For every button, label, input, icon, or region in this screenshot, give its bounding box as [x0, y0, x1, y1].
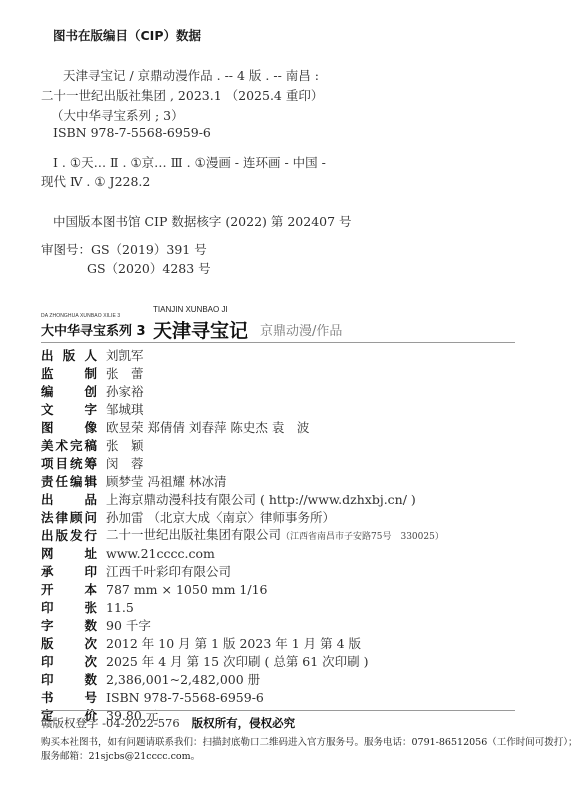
row-value: 闵 蓉 [106, 455, 144, 473]
row-value: 邹城琪 [106, 401, 144, 419]
service-email: 服务邮箱：21sjcbs@21cccc.com。 [41, 748, 200, 762]
row-value: 江西千叶彩印有限公司 [106, 563, 231, 581]
row-label: 印数 [41, 671, 97, 689]
book-title-pinyin: TIANJIN XUNBAO JI [153, 305, 228, 314]
colophon-row-isbn: 书号 ISBN 978-7-5568-6959-6 [41, 689, 444, 707]
colophon-row-printed-sheets: 印张 11.5 [41, 599, 444, 617]
row-value: 顾梦莹 冯祖耀 林冰清 [106, 473, 226, 491]
row-value: 2,386,001~2,482,000 册 [106, 671, 260, 689]
colophon-table: 出版人 刘凯军 监制 张 蕾 编创 孙家裕 文字 邹城琪 图像 欧昱荣 郑倩倩 … [41, 347, 444, 725]
row-value: 二十一世纪出版社集团有限公司（江西省南昌市子安路75号 330025） [106, 526, 444, 546]
copyright-line: 赣版权登字 -04-2022-576版权所有，侵权必究 [41, 715, 295, 731]
colophon-row-editors: 责任编辑 顾梦莹 冯祖耀 林冰清 [41, 473, 444, 491]
colophon-row-producer: 出品 上海京鼎动漫科技有限公司 ( http://www.dzhxbj.cn/ … [41, 491, 444, 509]
row-label: 监制 [41, 365, 97, 383]
row-label: 美术完稿 [41, 437, 97, 455]
row-label: 印次 [41, 653, 97, 671]
row-value: 欧昱荣 郑倩倩 刘春萍 陈史杰 袁 波 [106, 419, 309, 437]
row-value: 11.5 [106, 599, 134, 617]
cip-line-2: 二十一世纪出版社集团 , 2023.1 （2025.4 重印） [41, 86, 323, 104]
row-value: 90 千字 [106, 617, 151, 635]
divider-bottom [41, 710, 515, 711]
book-title: 天津寻宝记 [153, 316, 248, 343]
colophon-row-project-coordinator: 项目统筹 闵 蓉 [41, 455, 444, 473]
divider-top [41, 342, 515, 343]
colophon-row-print-run: 印数 2,386,001~2,482,000 册 [41, 671, 444, 689]
series-name: 大中华寻宝系列 3 [41, 320, 146, 339]
row-label: 开本 [41, 581, 97, 599]
series-name-pinyin: DA ZHONGHUA XUNBAO XILIE 3 [41, 313, 120, 319]
row-value: 张 颖 [106, 437, 144, 455]
colophon-row-format: 开本 787 mm × 1050 mm 1/16 [41, 581, 444, 599]
colophon-row-supervisor: 监制 张 蕾 [41, 365, 444, 383]
colophon-row-art-finish: 美术完稿 张 颖 [41, 437, 444, 455]
cip-line-map-review-2: GS（2020）4283 号 [87, 259, 211, 277]
row-label: 承印 [41, 563, 97, 581]
row-value: 孙家裕 [106, 383, 144, 401]
cip-line-classification: Ⅰ . ①天… Ⅱ . ①京… Ⅲ . ①漫画 - 连环画 - 中国 - [53, 153, 326, 171]
colophon-row-legal-counsel: 法律顾问 孙加雷 （北京大成〈南京〉律师事务所） [41, 509, 444, 527]
colophon-row-distributor: 出版发行 二十一世纪出版社集团有限公司（江西省南昌市子安路75号 330025） [41, 527, 444, 545]
colophon-row-printer: 承印 江西千叶彩印有限公司 [41, 563, 444, 581]
row-label: 印张 [41, 599, 97, 617]
author-credit: 京鼎动漫/作品 [260, 320, 342, 339]
row-label: 法律顾问 [41, 509, 97, 527]
cip-line-isbn: ISBN 978-7-5568-6959-6 [53, 125, 211, 140]
row-label: 图像 [41, 419, 97, 437]
distributor-address: （江西省南昌市子安路75号 330025） [281, 532, 444, 542]
row-label: 出品 [41, 491, 97, 509]
cip-line-1: 天津寻宝记 / 京鼎动漫作品 . -- 4 版 . -- 南昌 : [63, 66, 319, 84]
row-label: 文字 [41, 401, 97, 419]
colophon-row-word-count: 字数 90 千字 [41, 617, 444, 635]
cip-line-3: （大中华寻宝系列 ; 3） [51, 106, 184, 124]
cip-heading: 图书在版编目（CIP）数据 [53, 26, 201, 44]
row-value: 张 蕾 [106, 365, 144, 383]
row-value: www.21cccc.com [106, 545, 215, 563]
colophon-row-edition: 版次 2012 年 10 月 第 1 版 2023 年 1 月 第 4 版 [41, 635, 444, 653]
colophon-row-creator: 编创 孙家裕 [41, 383, 444, 401]
row-value: 孙加雷 （北京大成〈南京〉律师事务所） [106, 509, 335, 527]
row-label: 出版人 [41, 347, 97, 365]
colophon-row-text: 文字 邹城琪 [41, 401, 444, 419]
row-value: 2012 年 10 月 第 1 版 2023 年 1 月 第 4 版 [106, 635, 361, 653]
colophon-row-publisher: 出版人 刘凯军 [41, 347, 444, 365]
row-label: 编创 [41, 383, 97, 401]
row-value: 刘凯军 [106, 347, 144, 365]
row-value: 787 mm × 1050 mm 1/16 [106, 581, 268, 599]
row-label: 网址 [41, 545, 97, 563]
row-label: 版次 [41, 635, 97, 653]
row-label: 责任编辑 [41, 473, 97, 491]
rights-reserved: 版权所有，侵权必究 [192, 716, 296, 730]
row-value: 2025 年 4 月 第 15 次印刷 ( 总第 61 次印刷 ) [106, 653, 369, 671]
colophon-row-illustration: 图像 欧昱荣 郑倩倩 刘春萍 陈史杰 袁 波 [41, 419, 444, 437]
colophon-row-impression: 印次 2025 年 4 月 第 15 次印刷 ( 总第 61 次印刷 ) [41, 653, 444, 671]
copyright-registration: 赣版权登字 -04-2022-576 [41, 716, 180, 730]
row-value: ISBN 978-7-5568-6959-6 [106, 689, 264, 707]
row-value: 上海京鼎动漫科技有限公司 ( http://www.dzhxbj.cn/ ) [106, 491, 416, 509]
colophon-row-website: 网址 www.21cccc.com [41, 545, 444, 563]
customer-service-note: 购买本社图书，如有问题请联系我们：扫描封底勒口二维码进入官方服务号。服务电话：0… [41, 734, 573, 748]
row-label: 项目统筹 [41, 455, 97, 473]
cip-line-classification-2: 现代 Ⅳ . ① J228.2 [41, 172, 150, 190]
row-label: 书号 [41, 689, 97, 707]
row-label: 出版发行 [41, 527, 97, 545]
cip-line-map-review-1: 审图号：GS（2019）391 号 [41, 240, 207, 258]
cip-line-verification: 中国版本图书馆 CIP 数据核字 (2022) 第 202407 号 [53, 212, 352, 230]
row-label: 字数 [41, 617, 97, 635]
